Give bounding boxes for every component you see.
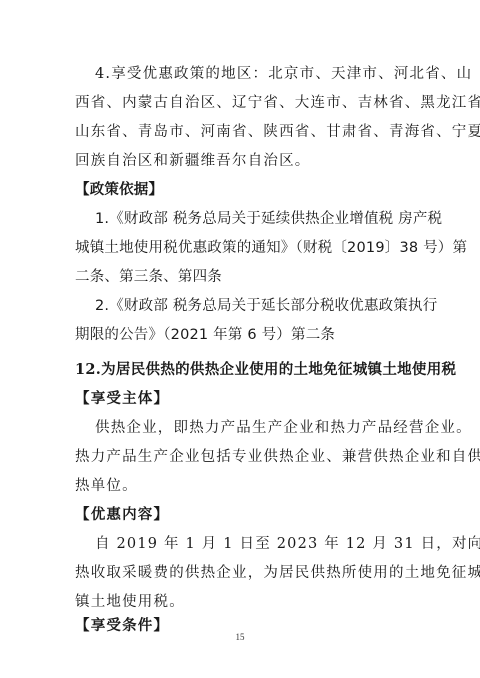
subject-line-3: 热单位。 bbox=[75, 477, 138, 495]
content-line-2: 热收取采暖费的供热企业，为居民供热所使用的土地免征城 bbox=[75, 564, 480, 582]
region-list-line-2: 西省、内蒙古自治区、辽宁省、大连市、吉林省、黑龙江省、 bbox=[75, 94, 480, 112]
content-line-1: 自 2019 年 1 月 1 日至 2023 年 12 月 31 日，对向居民供 bbox=[95, 535, 480, 553]
section-12-title: 12.为居民供热的供热企业使用的土地免征城镇土地使用税 bbox=[75, 361, 456, 379]
content-heading: 【优惠内容】 bbox=[75, 506, 169, 524]
region-list-line-4: 回族自治区和新疆维吾尔自治区。 bbox=[75, 152, 311, 170]
page-number: 15 bbox=[0, 632, 480, 642]
policy-basis-line-5: 期限的公告》（2021 年第 6 号）第二条 bbox=[75, 326, 335, 344]
policy-basis-line-4: 2.《财政部 税务总局关于延长部分税收优惠政策执行 bbox=[95, 297, 437, 315]
policy-basis-line-1: 1.《财政部 税务总局关于延续供热企业增值税 房产税 bbox=[95, 210, 442, 228]
content-line-3: 镇土地使用税。 bbox=[75, 593, 185, 611]
policy-basis-line-3: 二条、第三条、第四条 bbox=[75, 268, 222, 286]
subject-line-1: 供热企业，即热力产品生产企业和热力产品经营企业。 bbox=[95, 419, 472, 437]
subject-line-2: 热力产品生产企业包括专业供热企业、兼营供热企业和自供 bbox=[75, 448, 480, 466]
policy-basis-line-2: 城镇土地使用税优惠政策的通知》（财税〔2019〕38 号）第 bbox=[75, 239, 467, 257]
document-page: 4.享受优惠政策的地区：北京市、天津市、河北省、山 西省、内蒙古自治区、辽宁省、… bbox=[0, 0, 480, 678]
region-list-line-1: 4.享受优惠政策的地区：北京市、天津市、河北省、山 bbox=[95, 65, 472, 83]
policy-basis-heading: 【政策依据】 bbox=[75, 181, 163, 199]
region-list-line-3: 山东省、青岛市、河南省、陕西省、甘肃省、青海省、宁夏 bbox=[75, 123, 480, 141]
subject-heading: 【享受主体】 bbox=[75, 390, 169, 408]
